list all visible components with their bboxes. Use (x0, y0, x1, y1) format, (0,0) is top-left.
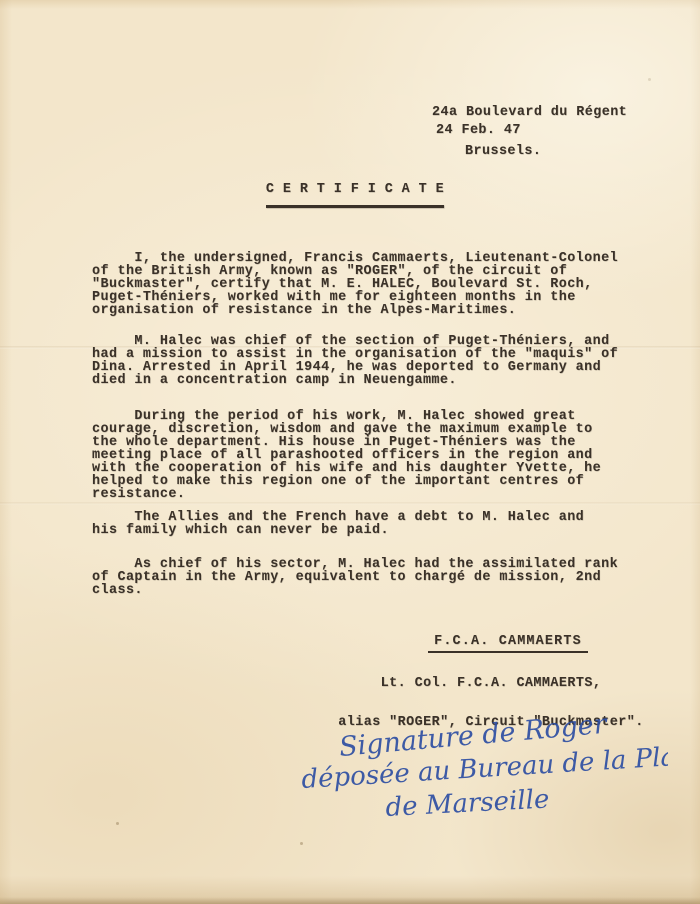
sender-address-line1: 24a Boulevard du Régent (432, 106, 627, 119)
paragraph-4: The Allies and the French have a debt to… (92, 511, 584, 537)
document-title: C E R T I F I C A T E (255, 183, 455, 196)
handwritten-note: Signature de Roger déposée au Bureau de … (288, 712, 668, 832)
fold-crease (0, 502, 700, 505)
paragraph-2: M. Halec was chief of the section of Pug… (92, 335, 618, 387)
signature-rank-line: Lt. Col. F.C.A. CAMMAERTS, (335, 677, 647, 690)
date-line: 24 Feb. 47 (436, 124, 521, 137)
handwritten-line-3: de Marseille (385, 784, 550, 823)
scanned-letter-page: 24a Boulevard du Régent Brussels. 24 Feb… (0, 0, 700, 904)
paper-speck (300, 842, 303, 845)
paragraph-3: During the period of his work, M. Halec … (92, 410, 601, 501)
paper-speck (648, 78, 651, 81)
paper-speck (116, 822, 119, 825)
paragraph-1: I, the undersigned, Francis Cammaerts, L… (92, 252, 618, 317)
title-underline (266, 205, 444, 208)
paragraph-5: As chief of his sector, M. Halec had the… (92, 558, 618, 597)
sender-address-line2: Brussels. (465, 145, 627, 158)
